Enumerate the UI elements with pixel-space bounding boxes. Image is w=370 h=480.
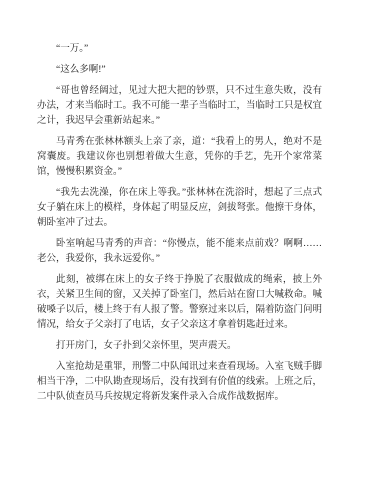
book-page: “一万。” “这么多啊!” “哥也曾经阔过，见过大把大把的钞票，只不过生意失败，… xyxy=(0,0,370,480)
paragraph: 此刻，被绑在床上的女子终于挣脱了衣服做成的绳索，披上外衣，关紧卫生间的窗，又关掉… xyxy=(37,273,322,333)
paragraph: 入室抢劫是重罪，刑警二中队闻讯过来查看现场。入室飞贼手脚相当干净，二中队勘查现场… xyxy=(37,360,322,405)
paragraph: “这么多啊!” xyxy=(37,63,322,78)
paragraph: “哥也曾经阔过，见过大把大把的钞票，只不过生意失败，没有办法，才来当临时工。我不… xyxy=(37,84,322,129)
paragraph: 打开房门，女子扑到父亲怀里，哭声震天。 xyxy=(37,339,322,354)
paragraph: 马青秀在张林林额头上亲了亲，道：“我看上的男人，绝对不是窝囊废。我建议你也别想着… xyxy=(37,135,322,180)
paragraph: “我先去洗澡，你在床上等我。”张林林在洗浴时，想起了三点式女子躺在床上的模样，身… xyxy=(37,186,322,231)
paragraph: “一万。” xyxy=(37,42,322,57)
paragraph: 卧室响起马青秀的声音：“你慢点，能不能来点前戏？啊啊……老公，我爱你，我永远爱你… xyxy=(37,237,322,267)
